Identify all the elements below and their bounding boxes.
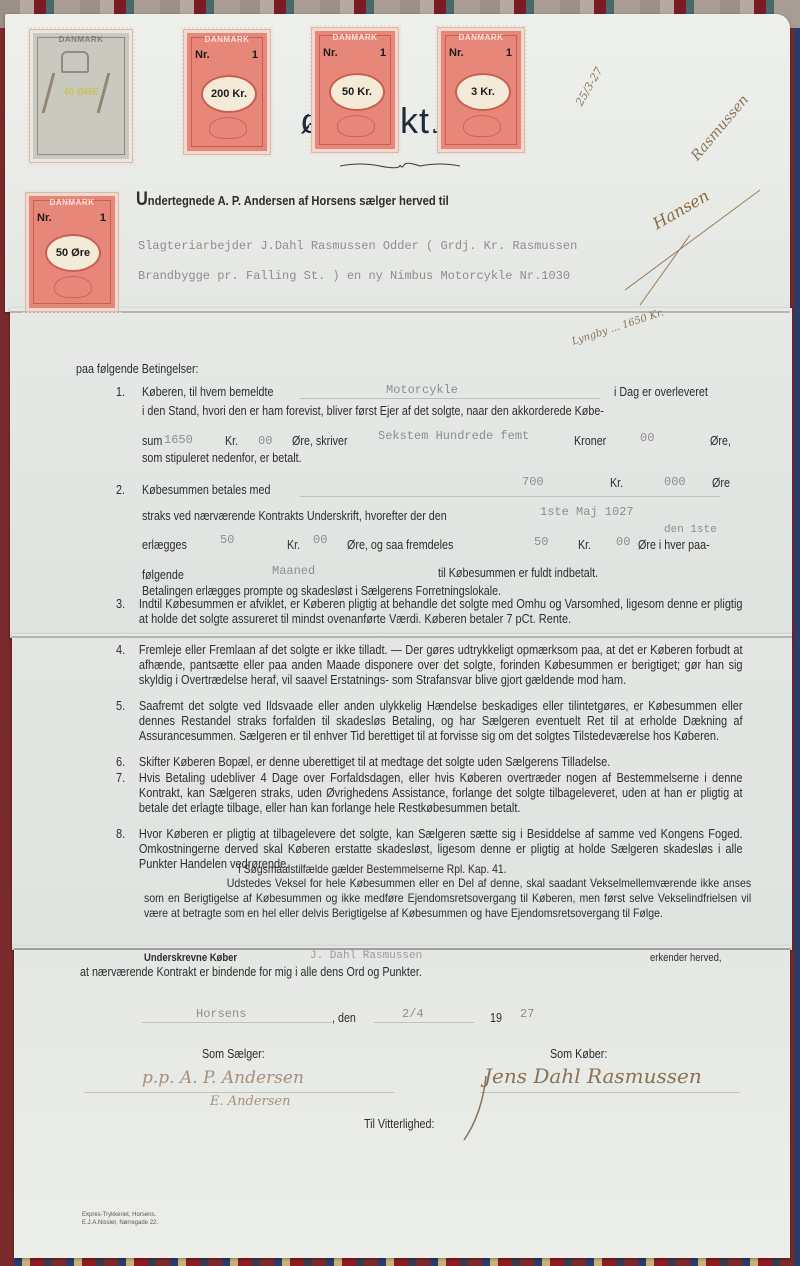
fold-line: [10, 311, 790, 313]
signature-stroke: [462, 1074, 492, 1144]
crown-icon: [61, 51, 89, 73]
clause-6: 6.Skifter Køberen Bopæl, er denne uberet…: [116, 755, 743, 770]
field-installment-kr: 50: [220, 532, 234, 548]
clause-2-num: 2.: [116, 482, 125, 498]
stamp-200-kr: DANMARK Nr.1 200 Kr.: [184, 30, 270, 154]
clause-number: 4.: [116, 643, 125, 658]
clause-number: 3.: [116, 597, 125, 612]
clause-number: 5.: [116, 699, 125, 714]
clause-text: Skifter Køberen Bopæl, er denne uberetti…: [139, 755, 743, 770]
stamp-grey-40-ore: DANMARK 40 ØRE: [30, 30, 132, 162]
field-sum-ore: 00: [258, 433, 272, 449]
intro-line: Undertegnede A. P. Andersen af Horsens s…: [136, 192, 449, 209]
field-annotation: den 1ste: [664, 522, 717, 538]
field-sum-words: Sekstem Hundrede femt: [378, 428, 529, 444]
clause-number: 8.: [116, 827, 125, 842]
para-litigation: I Søgsmaalstilfælde gælder Bestemmelsern…: [238, 861, 506, 877]
field-place: Horsens: [196, 1006, 246, 1022]
field-year: 27: [520, 1006, 534, 1022]
clause-3: 3.Indtil Købesummen er afviklet, er Købe…: [116, 597, 743, 627]
clause-text: Saafremt det solgte ved Ildsvaade eller …: [139, 699, 743, 744]
stamp-50-ore: DANMARK Nr.1 50 Øre: [26, 193, 118, 311]
field-item: Motorcykle: [386, 382, 458, 398]
witness-label: Til Vitterlighed:: [364, 1116, 435, 1132]
clause-text: Fremleje eller Fremlaan af det solgte er…: [139, 643, 743, 688]
fold-line: [12, 636, 792, 638]
buyer-label: Som Køber:: [550, 1046, 607, 1062]
field-period: Maaned: [272, 563, 315, 579]
typed-buyer-line: Slagteriarbejder J.Dahl Rasmussen Odder …: [138, 238, 577, 254]
field-down-payment-ore: 000: [664, 474, 686, 490]
field-first-date: 1ste Maj 1027: [540, 504, 634, 520]
buyer-signature: Jens Dahl Rasmussen: [484, 1064, 702, 1088]
field-date: 2/4: [402, 1006, 424, 1022]
field-down-payment-kr: 700: [522, 474, 544, 490]
clause-7: 7.Hvis Betaling udebliver 4 Dage over Fo…: [116, 771, 743, 816]
field-buyer-name: J. Dahl Rasmussen: [310, 948, 422, 964]
clause-number: 6.: [116, 755, 125, 770]
field-sum-kr: 1650: [164, 432, 193, 448]
field-installment-ore: 00: [313, 532, 327, 548]
clause-4: 4.Fremleje eller Fremlaan af det solgte …: [116, 643, 743, 688]
margin-pen-stroke: [620, 180, 770, 310]
flourish-ornament: [340, 160, 460, 170]
clause-5: 5.Saafremt det solgte ved Ildsvaade elle…: [116, 699, 743, 744]
seller-label: Som Sælger:: [202, 1046, 265, 1062]
conditions-heading: paa følgende Betingelser:: [76, 361, 199, 377]
para-bill-of-exchange: Udstedes Veksel for hele Købesummen elle…: [144, 876, 751, 921]
stamp-3-kr: DANMARK Nr.1 3 Kr.: [438, 28, 524, 152]
stamp-50-kr: DANMARK Nr.1 50 Kr.: [312, 28, 398, 152]
clause-1-num: 1.: [116, 384, 125, 400]
clause-text: Hvis Betaling udebliver 4 Dage over Forf…: [139, 771, 743, 816]
clause-text: Indtil Købesummen er afviklet, er Købere…: [139, 597, 743, 627]
printer-imprint: Expres-Trykkeriet, Horsens. E.J.A.Nissle…: [82, 1211, 158, 1227]
typed-item-line: Brandbygge pr. Falling St. ) en ny Nimbu…: [138, 268, 570, 284]
seller-signature-2: E. Andersen: [210, 1094, 290, 1109]
seller-signature: p.p. A. P. Andersen: [142, 1068, 304, 1088]
clause-number: 7.: [116, 771, 125, 786]
